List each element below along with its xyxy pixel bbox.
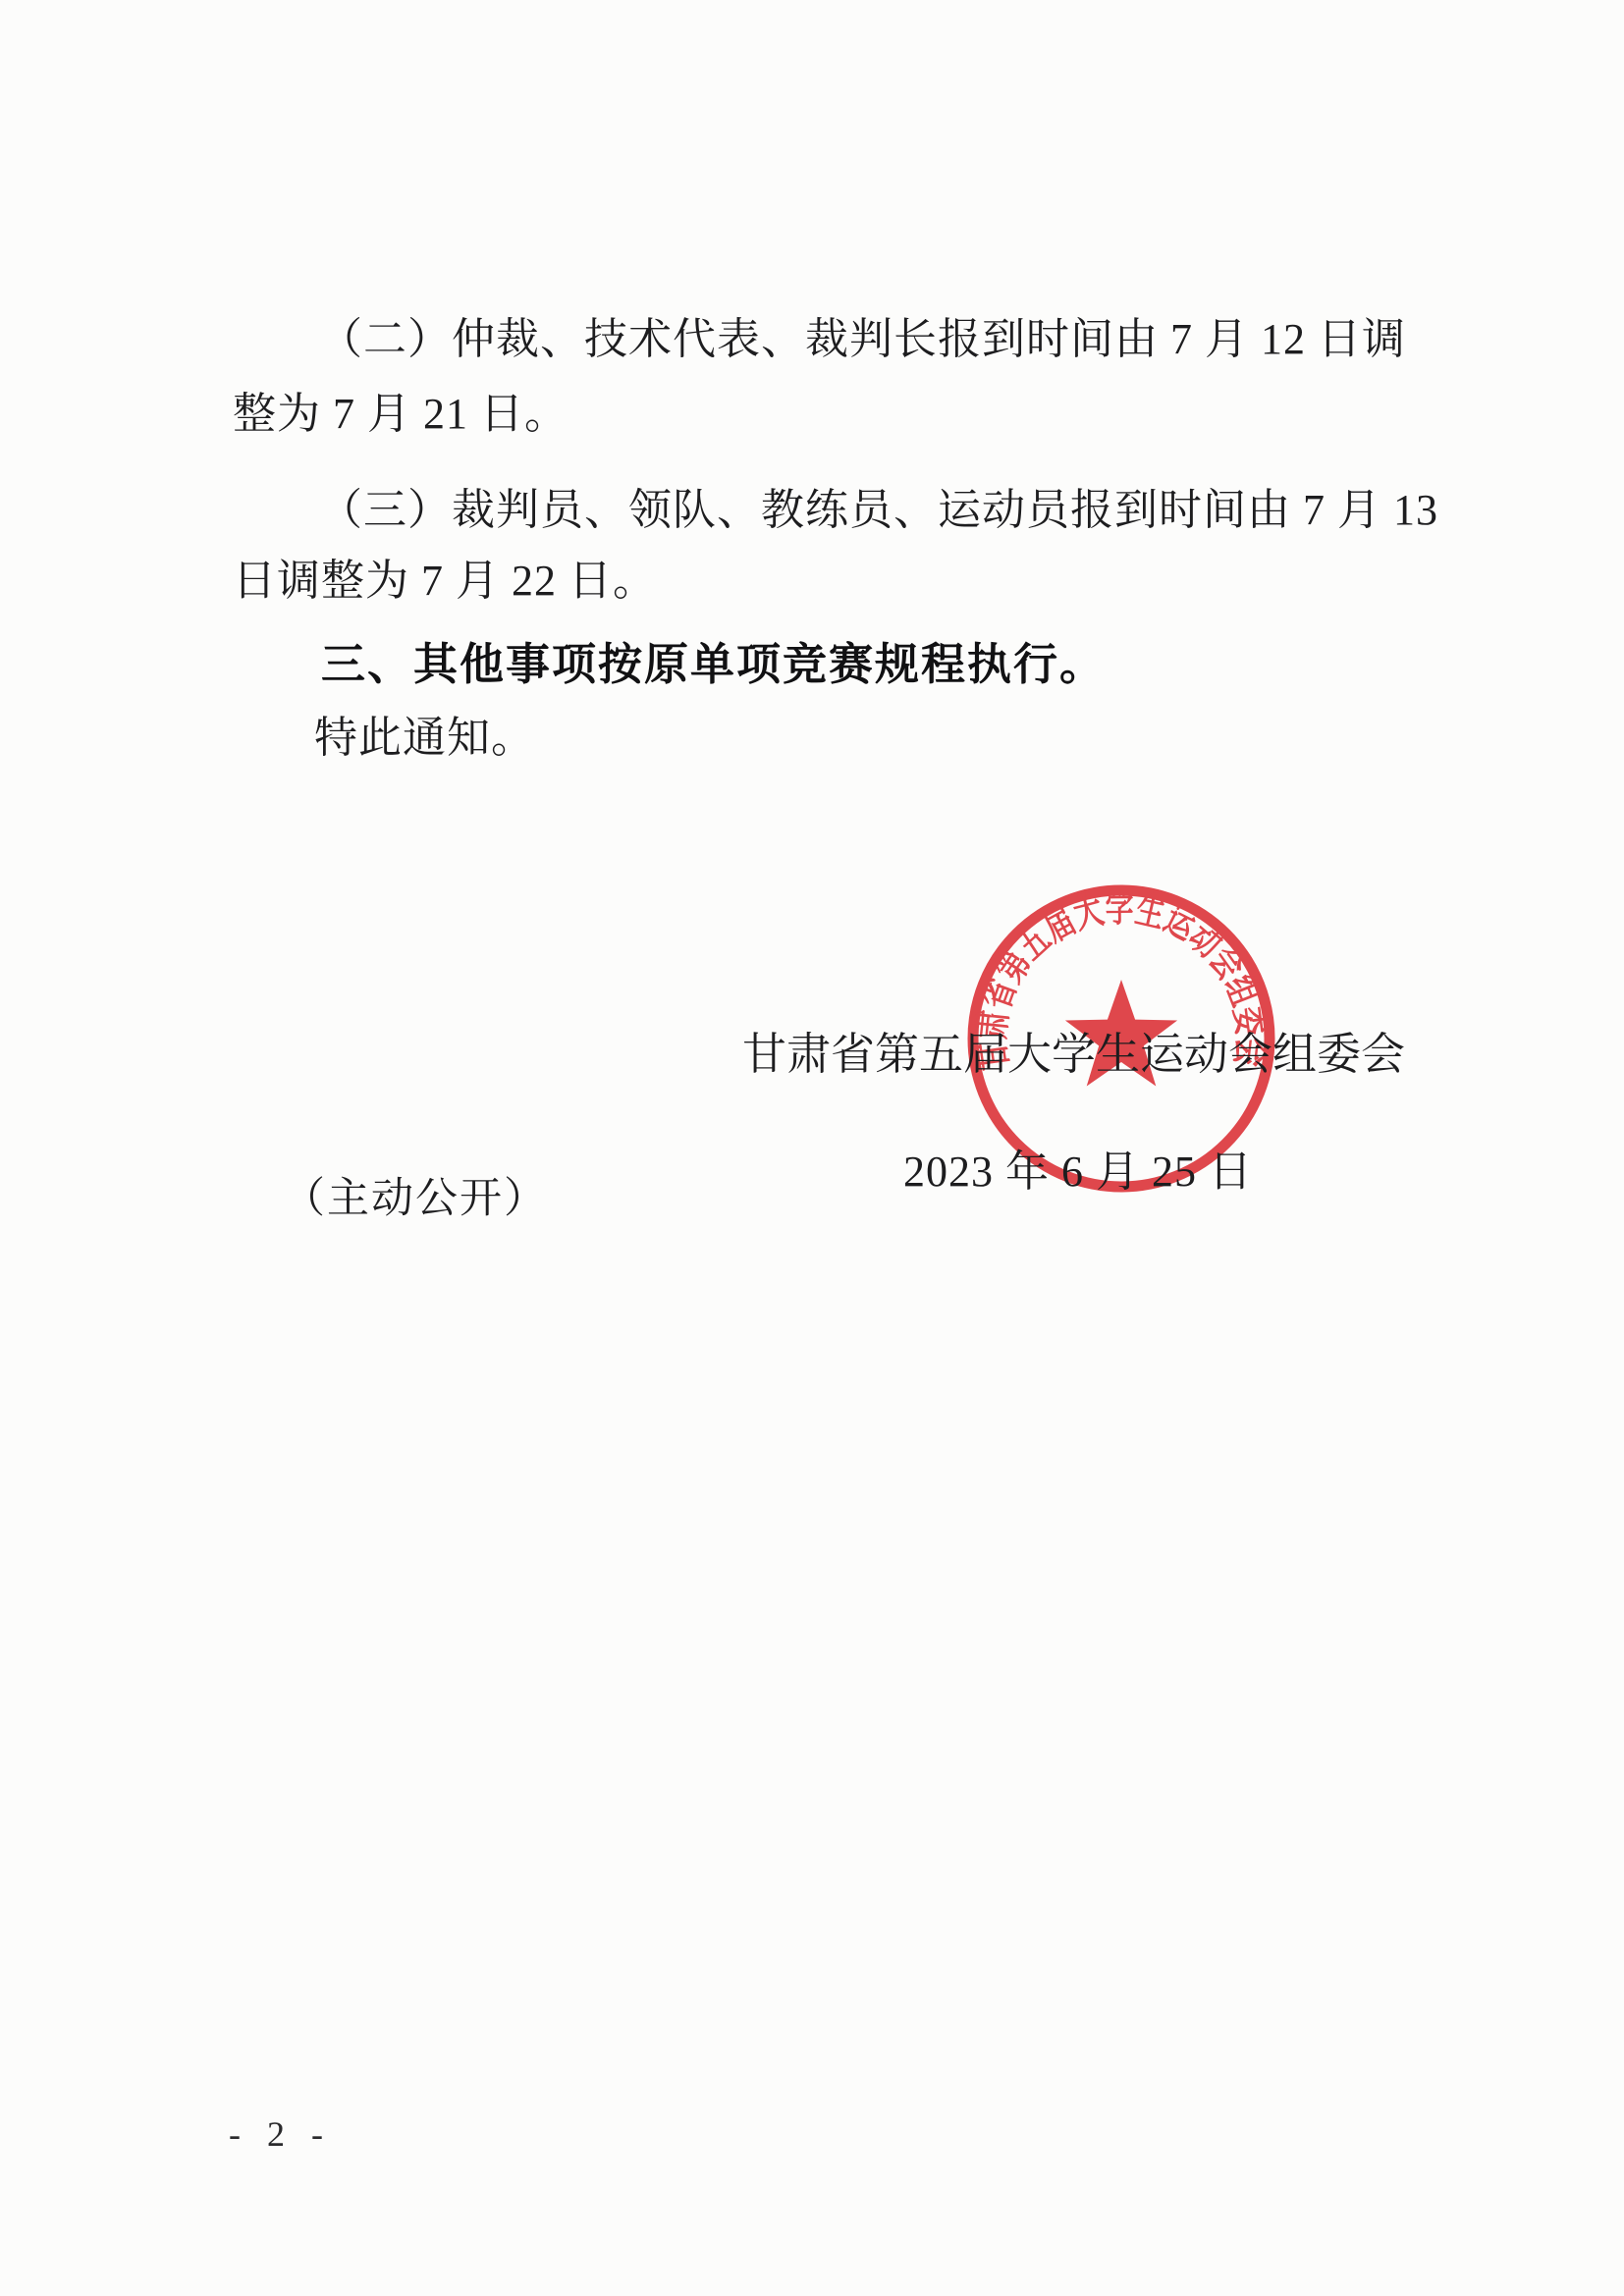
signature-organization: 甘肃省第五届大学生运动会组委会 <box>742 1033 1405 1077</box>
document-page: （二）仲裁、技术代表、裁判长报到时间由 7 月 12 日调 整为 7 月 21 … <box>0 0 1624 2296</box>
body-para2-line1: （二）仲裁、技术代表、裁判长报到时间由 7 月 12 日调 <box>319 318 1406 361</box>
body-para2-line2: 整为 7 月 21 日。 <box>233 393 568 436</box>
body-closing-note: 特此通知。 <box>314 717 535 760</box>
signature-date: 2023 年 6 月 25 日 <box>903 1150 1253 1194</box>
page-number: - 2 - <box>229 2116 332 2152</box>
body-heading-item3: 三、其他事项按原单项竞赛规程执行。 <box>321 642 1106 686</box>
body-para3-line1: （三）裁判员、领队、教练员、运动员报到时间由 7 月 13 <box>319 489 1438 532</box>
body-para3-line2: 日调整为 7 月 22 日。 <box>233 560 657 603</box>
disclosure-note: （主动公开） <box>283 1178 548 1220</box>
